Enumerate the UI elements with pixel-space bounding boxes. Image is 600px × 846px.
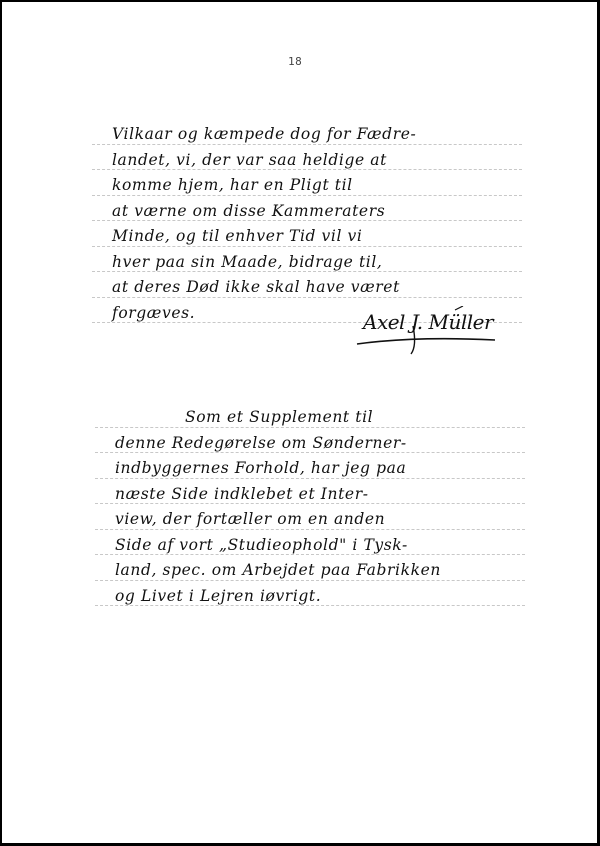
text-line: Som et Supplement til: [115, 405, 515, 431]
text-line: indbyggernes Forhold, har jeg paa: [115, 456, 515, 482]
text-line: Vilkaar og kæmpede dog for Fædre-: [112, 122, 512, 148]
page-number: 18: [288, 55, 302, 68]
paragraph-2: Som et Supplement til denne Redegørelse …: [115, 405, 515, 609]
signature: Axel J. Müller: [355, 306, 520, 356]
text-line: hver paa sin Maade, bidrage til,: [112, 250, 512, 276]
text-line: og Livet i Lejren iøvrigt.: [115, 584, 515, 610]
text-line: Side af vort „Studieophold" i Tysk-: [115, 533, 515, 559]
text-line: denne Redegørelse om Sønderner-: [115, 431, 515, 457]
text-line: Minde, og til enhver Tid vil vi: [112, 224, 512, 250]
paragraph-1: Vilkaar og kæmpede dog for Fædre- landet…: [112, 122, 512, 326]
text-line: landet, vi, der var saa heldige at: [112, 148, 512, 174]
text-line: at deres Død ikke skal have været: [112, 275, 512, 301]
text-line: næste Side indklebet et Inter-: [115, 482, 515, 508]
text-line: view, der fortæller om en anden: [115, 507, 515, 533]
text-line: at værne om disse Kammeraters: [112, 199, 512, 225]
text-line: land, spec. om Arbejdet paa Fabrikken: [115, 558, 515, 584]
signature-text: Axel J. Müller: [363, 310, 493, 334]
text-line: komme hjem, har en Pligt til: [112, 173, 512, 199]
